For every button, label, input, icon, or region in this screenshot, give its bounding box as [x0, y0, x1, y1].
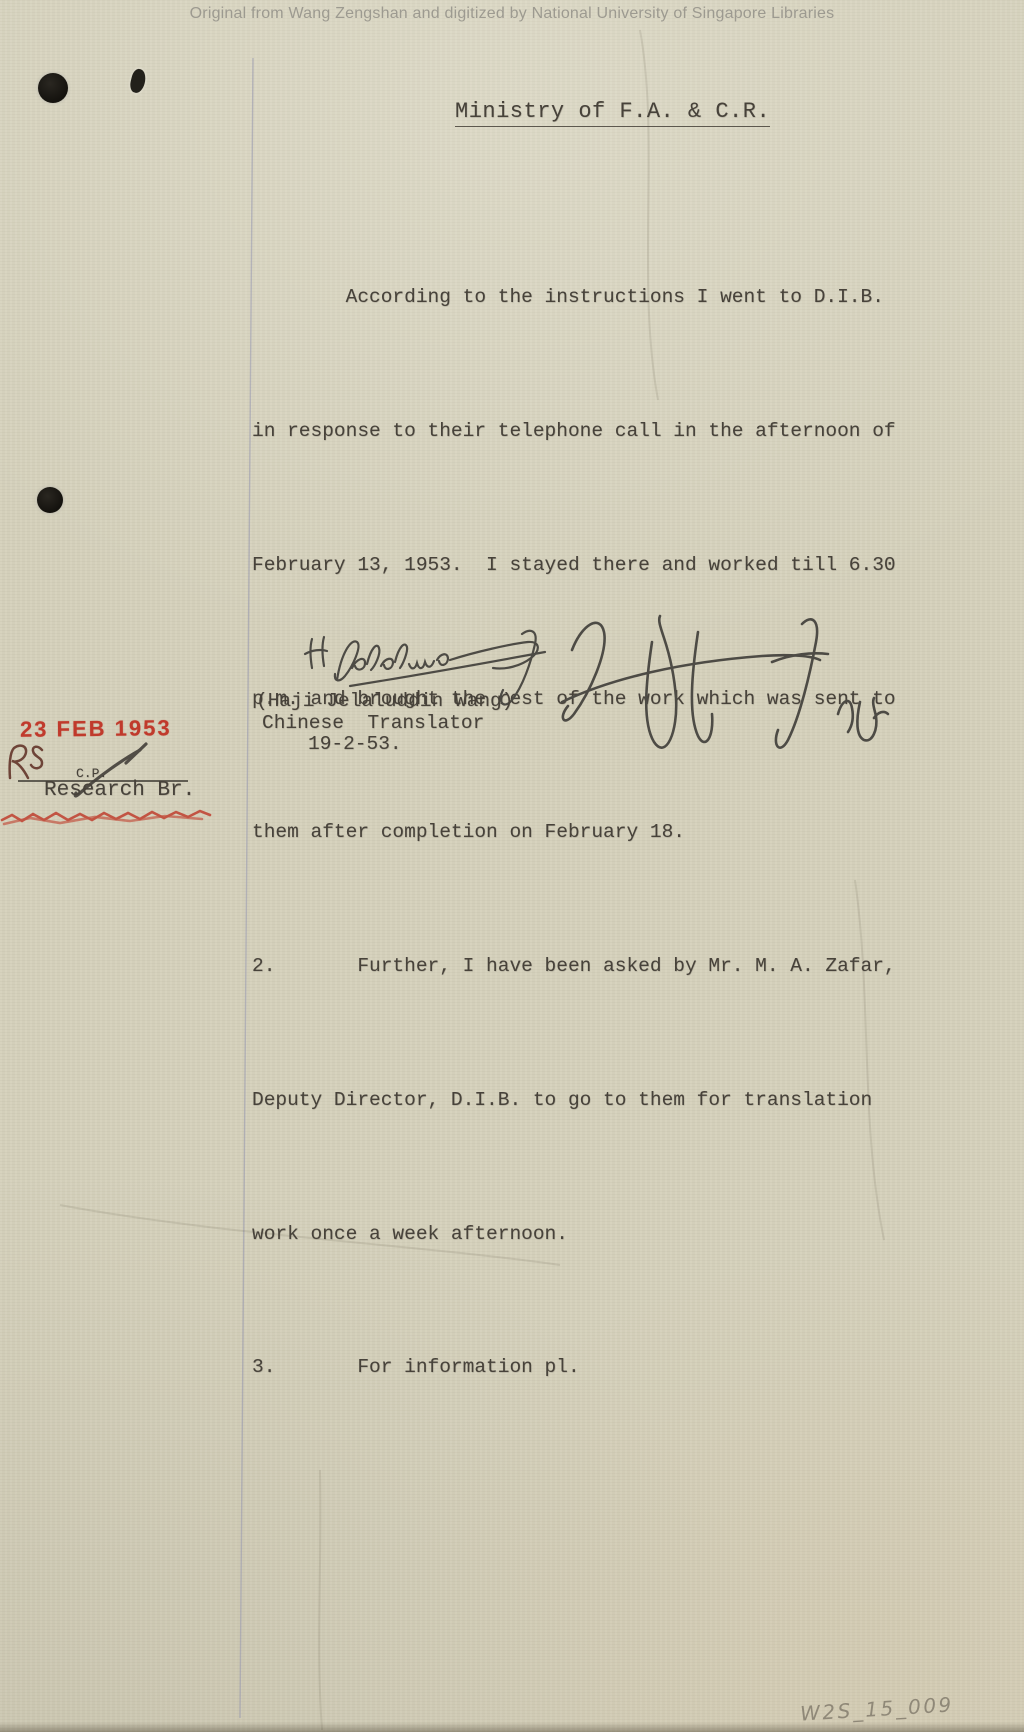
approver-signature-script: [550, 610, 890, 770]
red-underline-scribble: [0, 806, 215, 832]
body-line: According to the instructions I went to …: [252, 275, 896, 320]
signer-role-line: Chinese Translator: [262, 712, 484, 734]
body-line: 2. Further, I have been asked by Mr. M. …: [252, 944, 896, 989]
body-line: February 13, 1953. I stayed there and wo…: [252, 543, 896, 588]
signer-date-line: 19-2-53.: [308, 733, 402, 755]
body-line: 3. For information pl.: [252, 1345, 896, 1390]
bottom-edge-shadow: [0, 1722, 1024, 1732]
signer-name-line: (Haji Jelaluddin Wang): [256, 690, 513, 712]
body-line: Deputy Director, D.I.B. to go to them fo…: [252, 1078, 896, 1123]
body-line: in response to their telephone call in t…: [252, 409, 896, 454]
memo-body: According to the instructions I went to …: [252, 186, 896, 1479]
memo-title: Ministry of F.A. & C.R.: [455, 99, 770, 127]
body-line: work once a week afternoon.: [252, 1212, 896, 1257]
body-line: them after completion on February 18.: [252, 810, 896, 855]
document-page: Original from Wang Zengshan and digitize…: [0, 0, 1024, 1732]
department-label: Research Br.: [44, 779, 195, 802]
